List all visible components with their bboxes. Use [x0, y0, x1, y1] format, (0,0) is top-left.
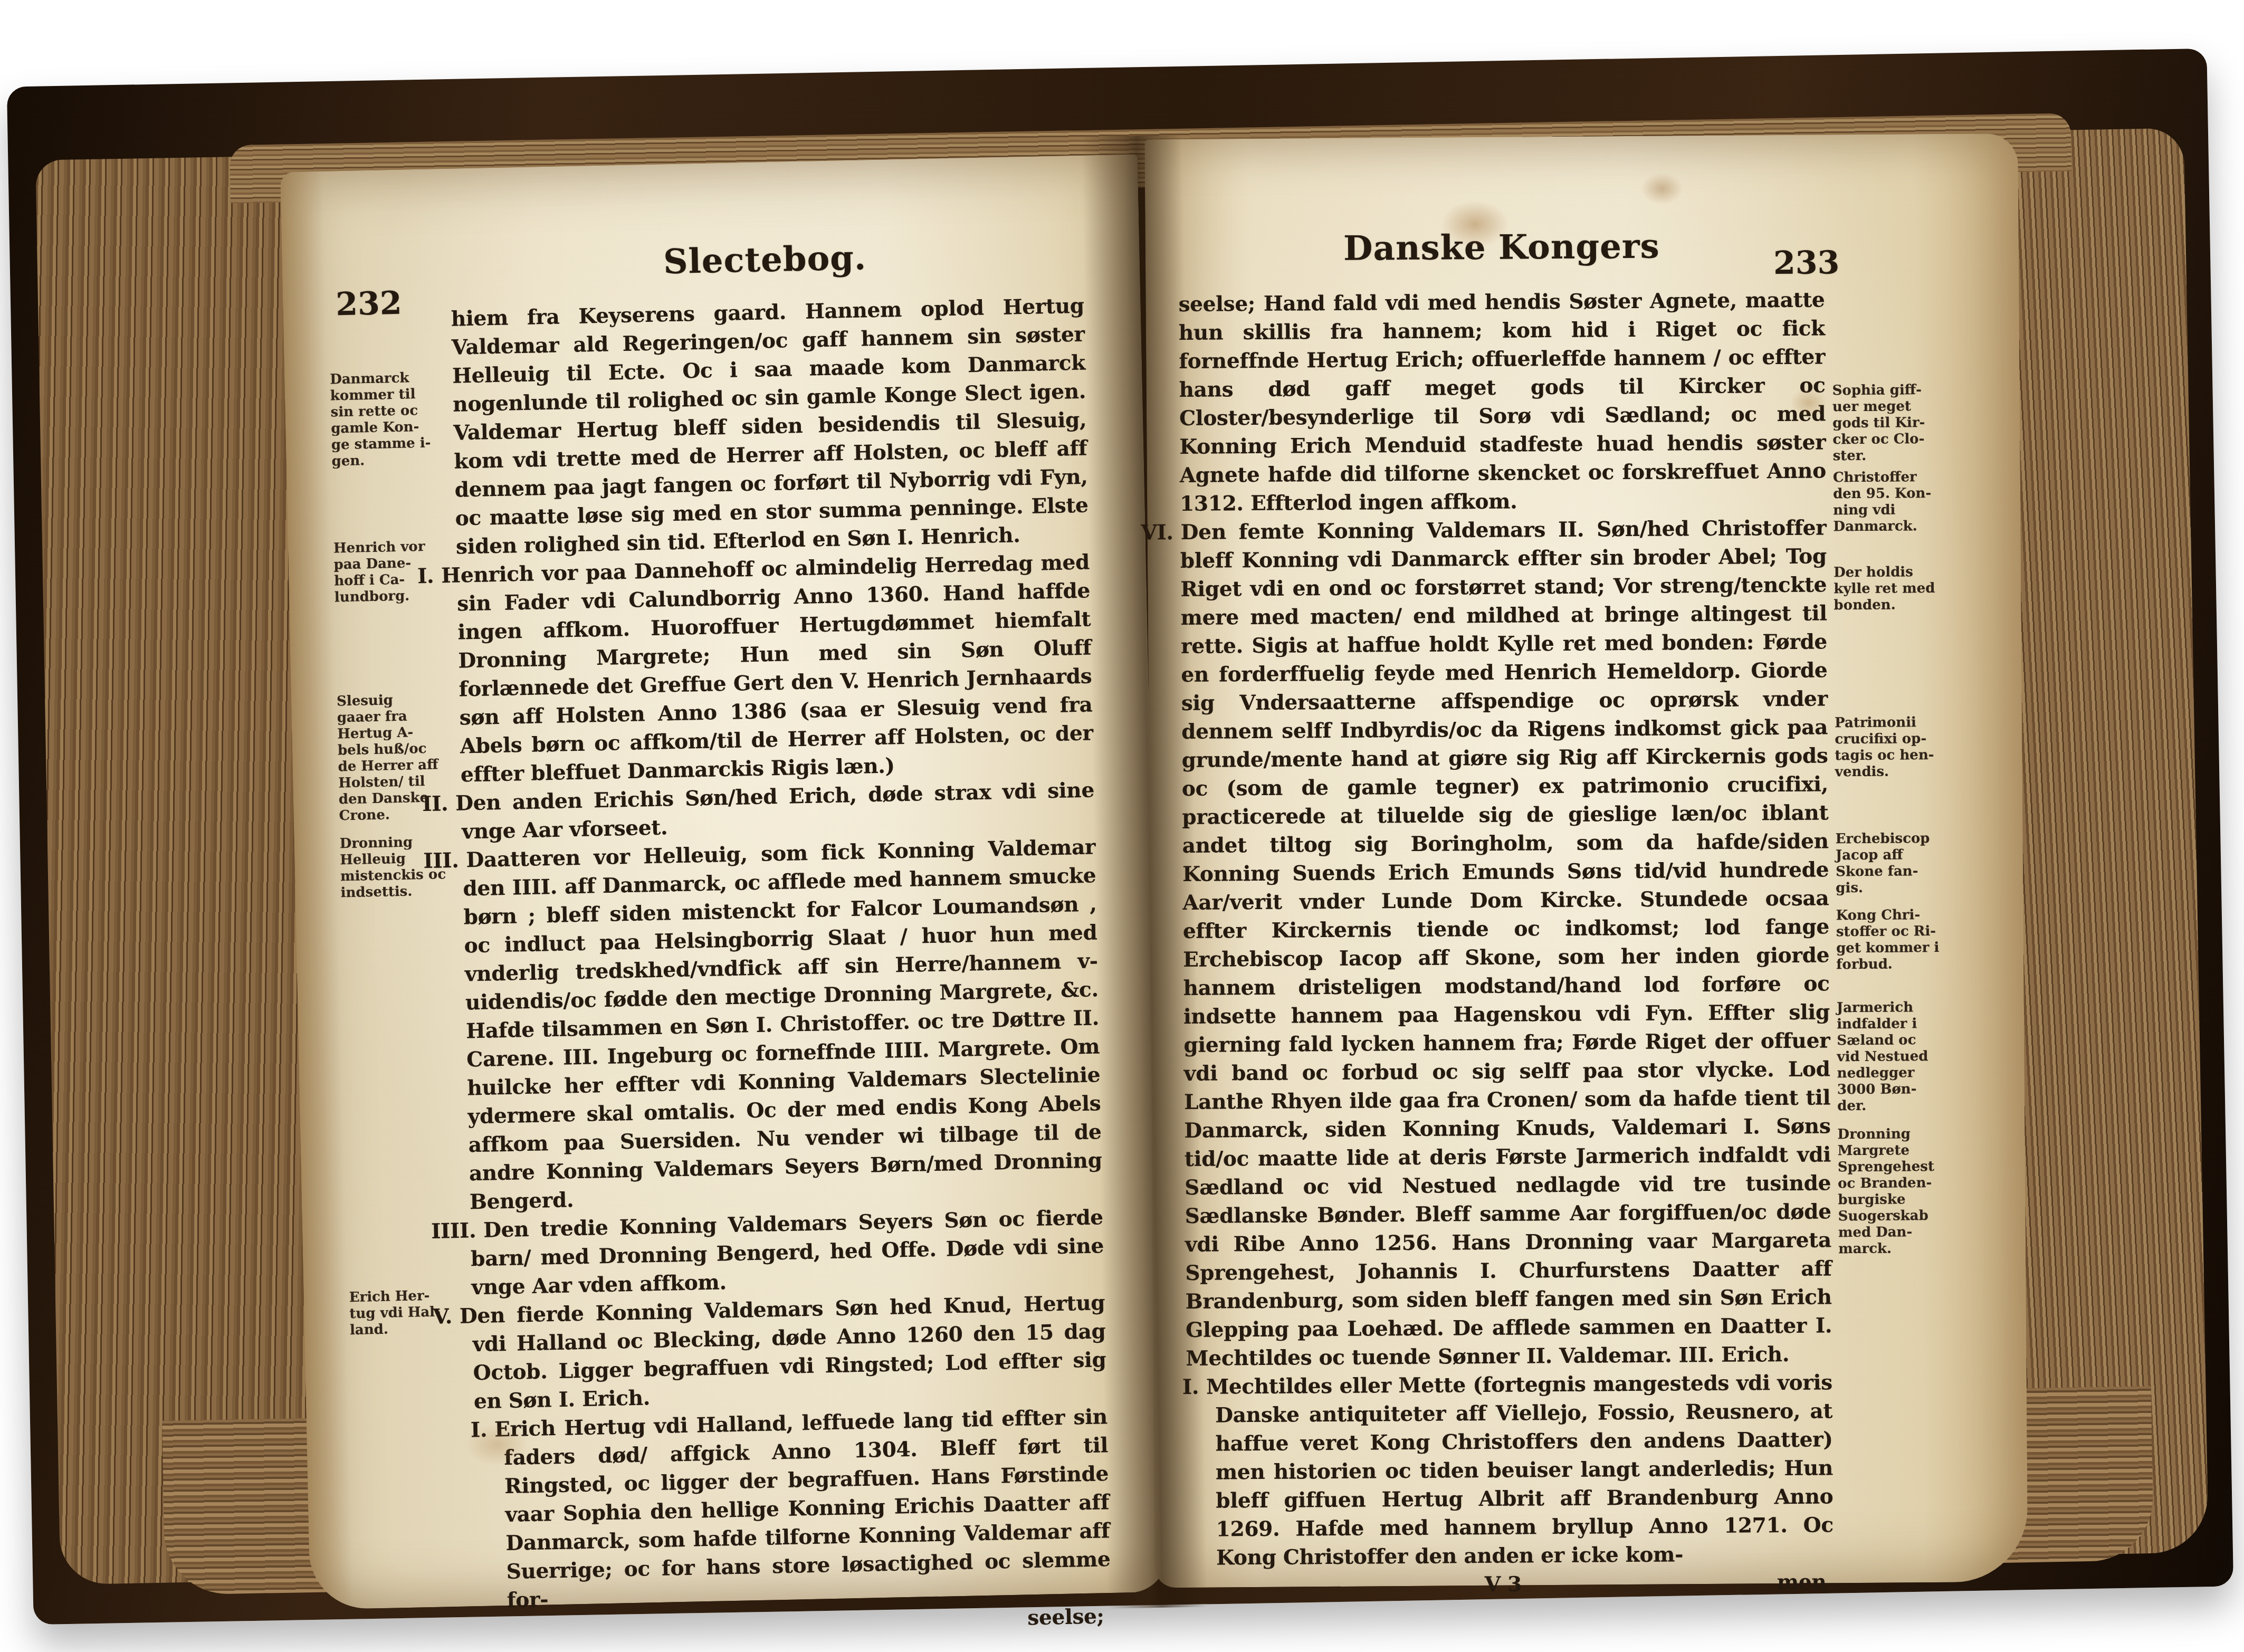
- paragraph: V.Den fierde Konning Valdemars Søn hed K…: [472, 1288, 1107, 1416]
- paragraph: IIII.Den tredie Konning Valdemars Seyers…: [470, 1203, 1105, 1302]
- paragraph-number: I.: [1182, 1375, 1207, 1399]
- foxing-stain: [1641, 173, 1683, 205]
- paragraph-number: III.: [423, 848, 466, 873]
- margin-note: Patrimonii crucifixi op- tagis oc hen- v…: [1835, 714, 1934, 780]
- paragraph-number: I.: [471, 1417, 495, 1442]
- paragraph: VI.Den femte Konning Valdemars II. Søn/h…: [1180, 513, 1832, 1373]
- open-book: 232 Slectebog. Danmarck kommer til sin r…: [7, 49, 2233, 1625]
- paragraph: hiem fra Keyserens gaard. Hannem oplod H…: [451, 292, 1089, 561]
- catchword: men: [1777, 1568, 1827, 1597]
- left-text-column: hiem fra Keyserens gaard. Hannem oplod H…: [451, 292, 1112, 1633]
- margin-note: Kong Chri- stoffer oc Ri- get kommer i f…: [1836, 907, 1940, 973]
- margin-note: Henrich vor paa Dane- hoff i Ca- lundbor…: [333, 539, 426, 606]
- margin-note: Sophia giff- uer meget gods til Kir- cke…: [1832, 382, 1925, 464]
- margin-note: Erich Her- tug vdi Hal- land.: [349, 1288, 441, 1339]
- right-margin-notes: Sophia giff- uer meget gods til Kir- cke…: [1830, 134, 1967, 1583]
- paragraph-number: VI.: [1141, 520, 1181, 545]
- running-header-right: Danske Kongers: [1177, 225, 1826, 270]
- right-page: Danske Kongers 233 Sophia giff- uer mege…: [1144, 133, 2028, 1588]
- paragraph-number: I.: [417, 564, 442, 588]
- margin-note: Erchebiscop Jacop aff Skone fan- gis.: [1836, 830, 1931, 896]
- right-text-column: seelse; Hand fald vdi med hendis Søster …: [1178, 285, 1834, 1600]
- margin-note: Jarmerich indfalder i Sæland oc vid Nest…: [1837, 999, 1928, 1114]
- paragraph: I.Mechtildes eller Mette (fortegnis mang…: [1215, 1368, 1834, 1572]
- paragraph: I.Henrich vor paa Dannehoff oc almindeli…: [456, 548, 1094, 789]
- signature-line: V 3 men: [1187, 1568, 1834, 1601]
- margin-note: Danmarck kommer til sin rette oc gamle K…: [330, 370, 431, 470]
- margin-note: Dronning Margrete Sprengehest oc Branden…: [1837, 1126, 1935, 1257]
- page-number-right: 233: [1773, 244, 1840, 282]
- signature-mark: V 3: [1485, 1570, 1522, 1598]
- running-header-left: Slectebog.: [448, 234, 1082, 287]
- paragraph-number: V.: [433, 1304, 460, 1329]
- paragraph: I.Erich Hertug vdi Halland, leffuede lan…: [503, 1402, 1111, 1615]
- margin-note: Christoffer den 95. Kon- ning vdi Danmar…: [1833, 469, 1932, 535]
- paragraph-number: II.: [422, 791, 456, 816]
- book-photograph: 232 Slectebog. Danmarck kommer til sin r…: [0, 0, 2244, 1633]
- paragraph: seelse; Hand fald vdi med hendis Søster …: [1178, 285, 1826, 518]
- margin-note: Der holdis kylle ret med bonden.: [1834, 564, 1935, 614]
- paragraph-number: IIII.: [431, 1218, 484, 1244]
- left-page: 232 Slectebog. Danmarck kommer til sin r…: [280, 154, 1168, 1609]
- paragraph: III.Daatteren vor Helleuig, som fick Kon…: [462, 833, 1103, 1216]
